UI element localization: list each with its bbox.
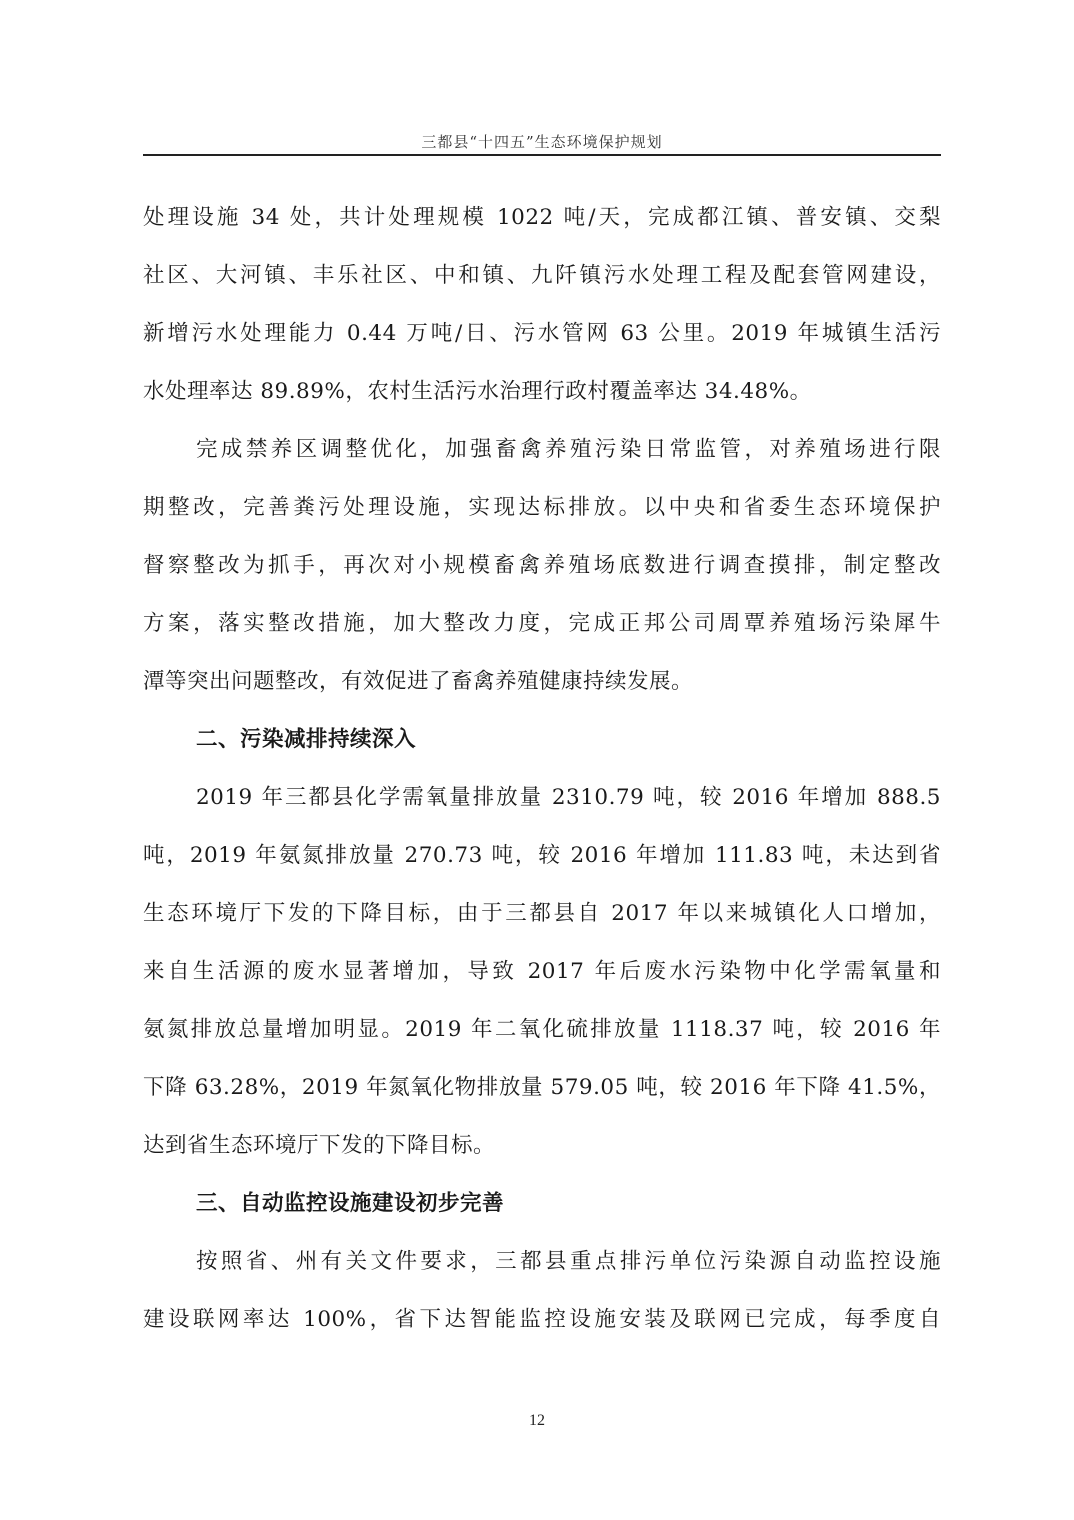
- paragraph-line: 按照省、州有关文件要求，三都县重点排污单位污染源自动监控设施: [196, 1247, 941, 1277]
- paragraph-line: 2019 年三都县化学需氧量排放量 2310.79 吨，较 2016 年增加 8…: [196, 783, 941, 813]
- paragraph-line: 新增污水处理能力 0.44 万吨/日、污水管网 63 公里。2019 年城镇生活…: [143, 319, 941, 349]
- paragraph-line: 完成禁养区调整优化，加强畜禽养殖污染日常监管，对养殖场进行限: [196, 435, 941, 465]
- header-divider: [143, 154, 941, 156]
- paragraph-line: 氨氮排放总量增加明显。2019 年二氧化硫排放量 1118.37 吨，较 201…: [143, 1015, 941, 1045]
- paragraph-line: 督察整改为抓手，再次对小规模畜禽养殖场底数进行调查摸排，制定整改: [143, 551, 941, 581]
- paragraph-line: 潭等突出问题整改，有效促进了畜禽养殖健康持续发展。: [143, 667, 941, 697]
- header-title: 三都县“十四五”生态环境保护规划: [143, 131, 941, 152]
- section-heading: 二、污染减排持续深入: [196, 725, 941, 755]
- paragraph-line: 来自生活源的废水显著增加，导致 2017 年后废水污染物中化学需氧量和: [143, 957, 941, 987]
- paragraph-line: 处理设施 34 处，共计处理规模 1022 吨/天，完成都江镇、普安镇、交梨: [143, 203, 941, 233]
- page-number: 12: [0, 1412, 1074, 1430]
- section-heading: 三、自动监控设施建设初步完善: [196, 1189, 941, 1219]
- paragraph-line: 期整改，完善粪污处理设施，实现达标排放。以中央和省委生态环境保护: [143, 493, 941, 523]
- paragraph-line: 下降 63.28%，2019 年氮氧化物排放量 579.05 吨，较 2016 …: [143, 1073, 941, 1103]
- paragraph-line: 生态环境厅下发的下降目标，由于三都县自 2017 年以来城镇化人口增加，: [143, 899, 941, 929]
- paragraph-line: 社区、大河镇、丰乐社区、中和镇、九阡镇污水处理工程及配套管网建设，: [143, 261, 941, 291]
- paragraph-line: 建设联网率达 100%，省下达智能监控设施安装及联网已完成，每季度自: [143, 1305, 941, 1335]
- paragraph-line: 达到省生态环境厅下发的下降目标。: [143, 1131, 941, 1161]
- paragraph-line: 方案，落实整改措施，加大整改力度，完成正邦公司周覃养殖场污染犀牛: [143, 609, 941, 639]
- paragraph-line: 水处理率达 89.89%，农村生活污水治理行政村覆盖率达 34.48%。: [143, 377, 941, 407]
- paragraph-line: 吨，2019 年氨氮排放量 270.73 吨，较 2016 年增加 111.83…: [143, 841, 941, 871]
